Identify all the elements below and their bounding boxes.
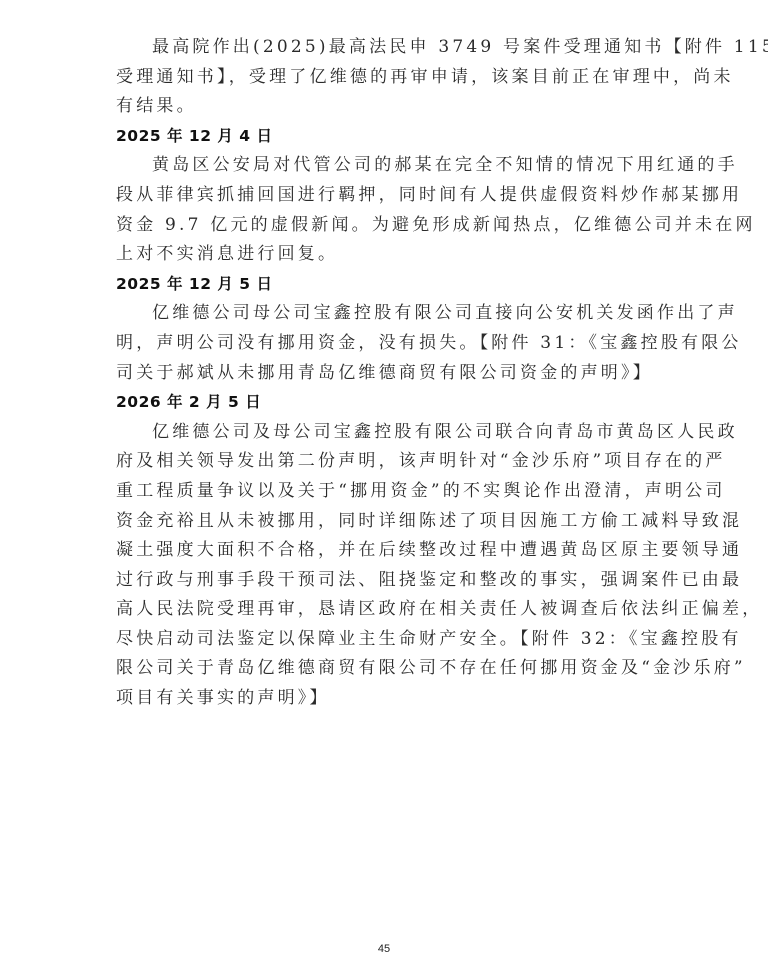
text-line: 过行政与刑事手段干预司法、阻挠鉴定和整改的事实，强调案件已由最 (116, 566, 646, 596)
text-line: 段从菲律宾抓捕回国进行羁押，同时间有人提供虚假资料炒作郝某挪用 (116, 181, 646, 211)
paragraph-second-statement: 亿维德公司及母公司宝鑫控股有限公司联合向青岛市黄岛区人民政 府及相关领导发出第二… (116, 418, 646, 714)
text-line: 资金充裕且从未被挪用，同时详细陈述了项目因施工方偷工减料导致混 (116, 507, 646, 537)
text-line: 有结果。 (116, 92, 646, 122)
text-line: 亿维德公司母公司宝鑫控股有限公司直接向公安机关发函作出了声 (116, 299, 646, 329)
text-line: 尽快启动司法鉴定以保障业主生命财产安全。【附件 32：《宝鑫控股有 (116, 625, 646, 655)
text-line: 亿维德公司及母公司宝鑫控股有限公司联合向青岛市黄岛区人民政 (116, 418, 646, 448)
text-line: 上对不实消息进行回复。 (116, 240, 646, 270)
text-line: 受理通知书】，受理了亿维德的再审申请，该案目前正在审理中，尚未 (116, 63, 646, 93)
paragraph-police-detention: 黄岛区公安局对代管公司的郝某在完全不知情的情况下用红通的手 段从菲律宾抓捕回国进… (116, 151, 646, 269)
text-line: 黄岛区公安局对代管公司的郝某在完全不知情的情况下用红通的手 (116, 151, 646, 181)
document-page: 最高院作出(2025)最高法民申 3749 号案件受理通知书【附件 115： 受… (0, 0, 768, 963)
text-line: 明，声明公司没有挪用资金，没有损失。【附件 31：《宝鑫控股有限公 (116, 329, 646, 359)
date-heading: 2025 年 12 月 5 日 (116, 270, 646, 300)
text-line: 资金 9.7 亿元的虚假新闻。为避免形成新闻热点，亿维德公司并未在网 (116, 211, 646, 241)
text-line: 最高院作出(2025)最高法民申 3749 号案件受理通知书【附件 115： (116, 33, 646, 63)
text-line: 重工程质量争议以及关于“挪用资金”的不实舆论作出澄清，声明公司 (116, 477, 646, 507)
text-line: 限公司关于青岛亿维德商贸有限公司不存在任何挪用资金及“金沙乐府” (116, 654, 646, 684)
page-number: 45 (0, 943, 768, 955)
paragraph-parent-company-statement: 亿维德公司母公司宝鑫控股有限公司直接向公安机关发函作出了声 明，声明公司没有挪用… (116, 299, 646, 388)
text-line: 项目有关事实的声明》】 (116, 684, 646, 714)
paragraph-supreme-court-notice: 最高院作出(2025)最高法民申 3749 号案件受理通知书【附件 115： 受… (116, 33, 646, 122)
date-heading: 2025 年 12 月 4 日 (116, 122, 646, 152)
document-body: 最高院作出(2025)最高法民申 3749 号案件受理通知书【附件 115： 受… (116, 33, 646, 714)
text-line: 高人民法院受理再审，恳请区政府在相关责任人被调查后依法纠正偏差， (116, 595, 646, 625)
text-line: 凝土强度大面积不合格，并在后续整改过程中遭遇黄岛区原主要领导通 (116, 536, 646, 566)
text-line: 府及相关领导发出第二份声明，该声明针对“金沙乐府”项目存在的严 (116, 447, 646, 477)
text-line: 司关于郝斌从未挪用青岛亿维德商贸有限公司资金的声明》】 (116, 359, 646, 389)
date-heading: 2026 年 2 月 5 日 (116, 388, 646, 418)
